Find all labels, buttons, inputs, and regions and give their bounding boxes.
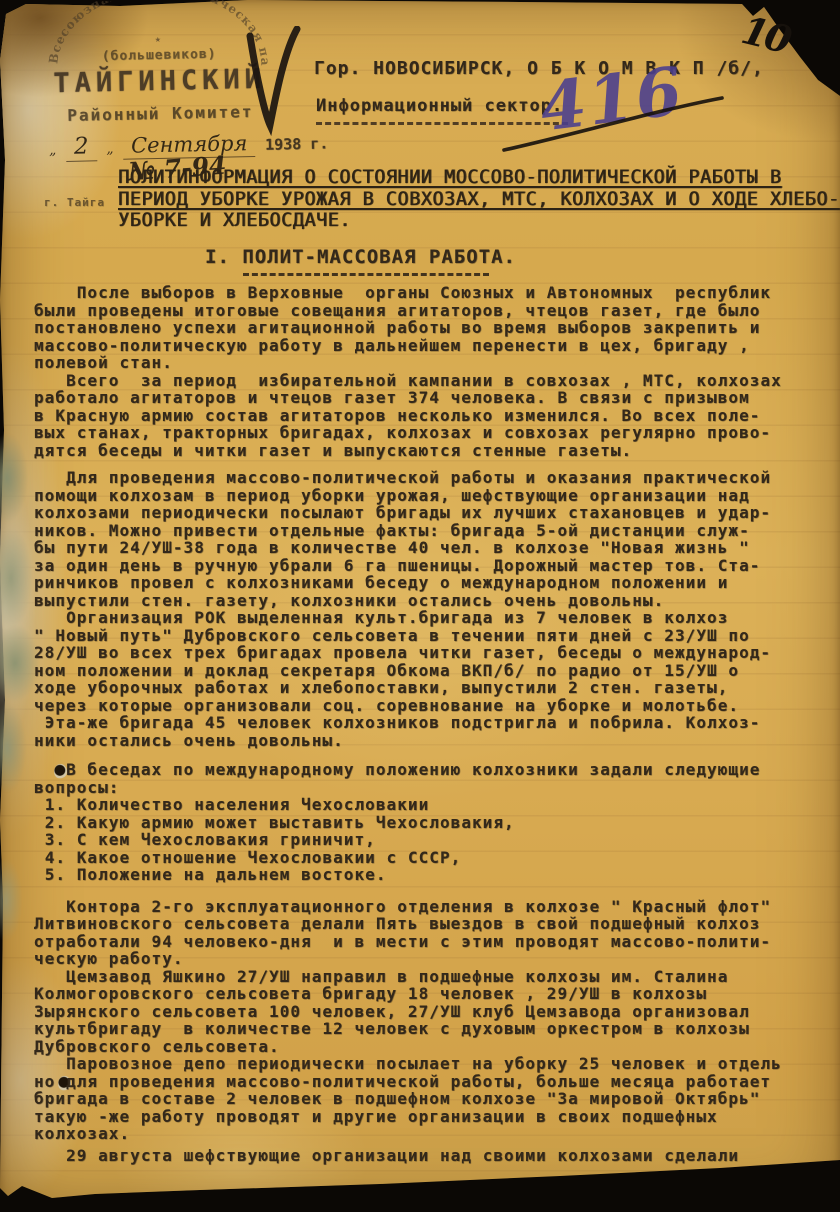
quote-mark: „ bbox=[106, 141, 114, 157]
document-scan-page: Всесоюзная коммунистическая партия ★ (бо… bbox=[0, 0, 840, 1212]
document-title: ПОЛИТИНФОРМАЦИЯ О СОСТОЯНИИ МОССОВО-ПОЛИ… bbox=[118, 167, 840, 232]
quote-mark: „ bbox=[49, 142, 57, 158]
paragraph: Организация РОК выделенная культ.бригада… bbox=[34, 609, 836, 749]
paragraph: Контора 2-го эксплуатационного отделения… bbox=[34, 898, 836, 968]
paragraph: Цемзавод Яшкино 27/УШ направил в подшефн… bbox=[34, 968, 836, 1056]
body-text: После выборов в Верховные органы Союзных… bbox=[34, 284, 836, 1164]
paragraph: Паровозное депо периодически посылает на… bbox=[34, 1055, 836, 1143]
left-edge-damage-lower bbox=[0, 840, 28, 960]
section-dashed-rule bbox=[243, 273, 489, 276]
title-line-2: ПЕРИОД УБОРКЕ УРОЖАЯ В СОВХОЗАХ, МТС, КО… bbox=[118, 189, 840, 211]
star-icon: ★ bbox=[155, 34, 161, 45]
title-line-1: ПОЛИТИНФОРМАЦИЯ О СОСТОЯНИИ МОССОВО-ПОЛИ… bbox=[118, 167, 840, 189]
paragraph: После выборов в Верховные органы Союзных… bbox=[34, 284, 836, 372]
paragraph-with-question-list: В беседах по международному положению ко… bbox=[34, 761, 836, 884]
paragraph: Всего за период избирательной кампании в… bbox=[34, 372, 836, 460]
section-heading: I. ПОЛИТ-МАССОВАЯ РАБОТА. bbox=[205, 246, 516, 268]
paragraph: Для проведения массово-политической рабо… bbox=[34, 469, 836, 609]
title-line-3: УБОРКЕ И ХЛЕБОСДАЧЕ. bbox=[118, 210, 840, 232]
strike-line bbox=[498, 88, 728, 158]
paragraph: 29 августа шефствующие организации над с… bbox=[34, 1147, 836, 1165]
letterhead-stamp: Всесоюзная коммунистическая партия ★ (бо… bbox=[38, 0, 278, 5]
date-day: 2 bbox=[74, 133, 89, 159]
place-name: г. Тайга bbox=[44, 196, 105, 209]
checkmark-annotation bbox=[243, 26, 315, 142]
